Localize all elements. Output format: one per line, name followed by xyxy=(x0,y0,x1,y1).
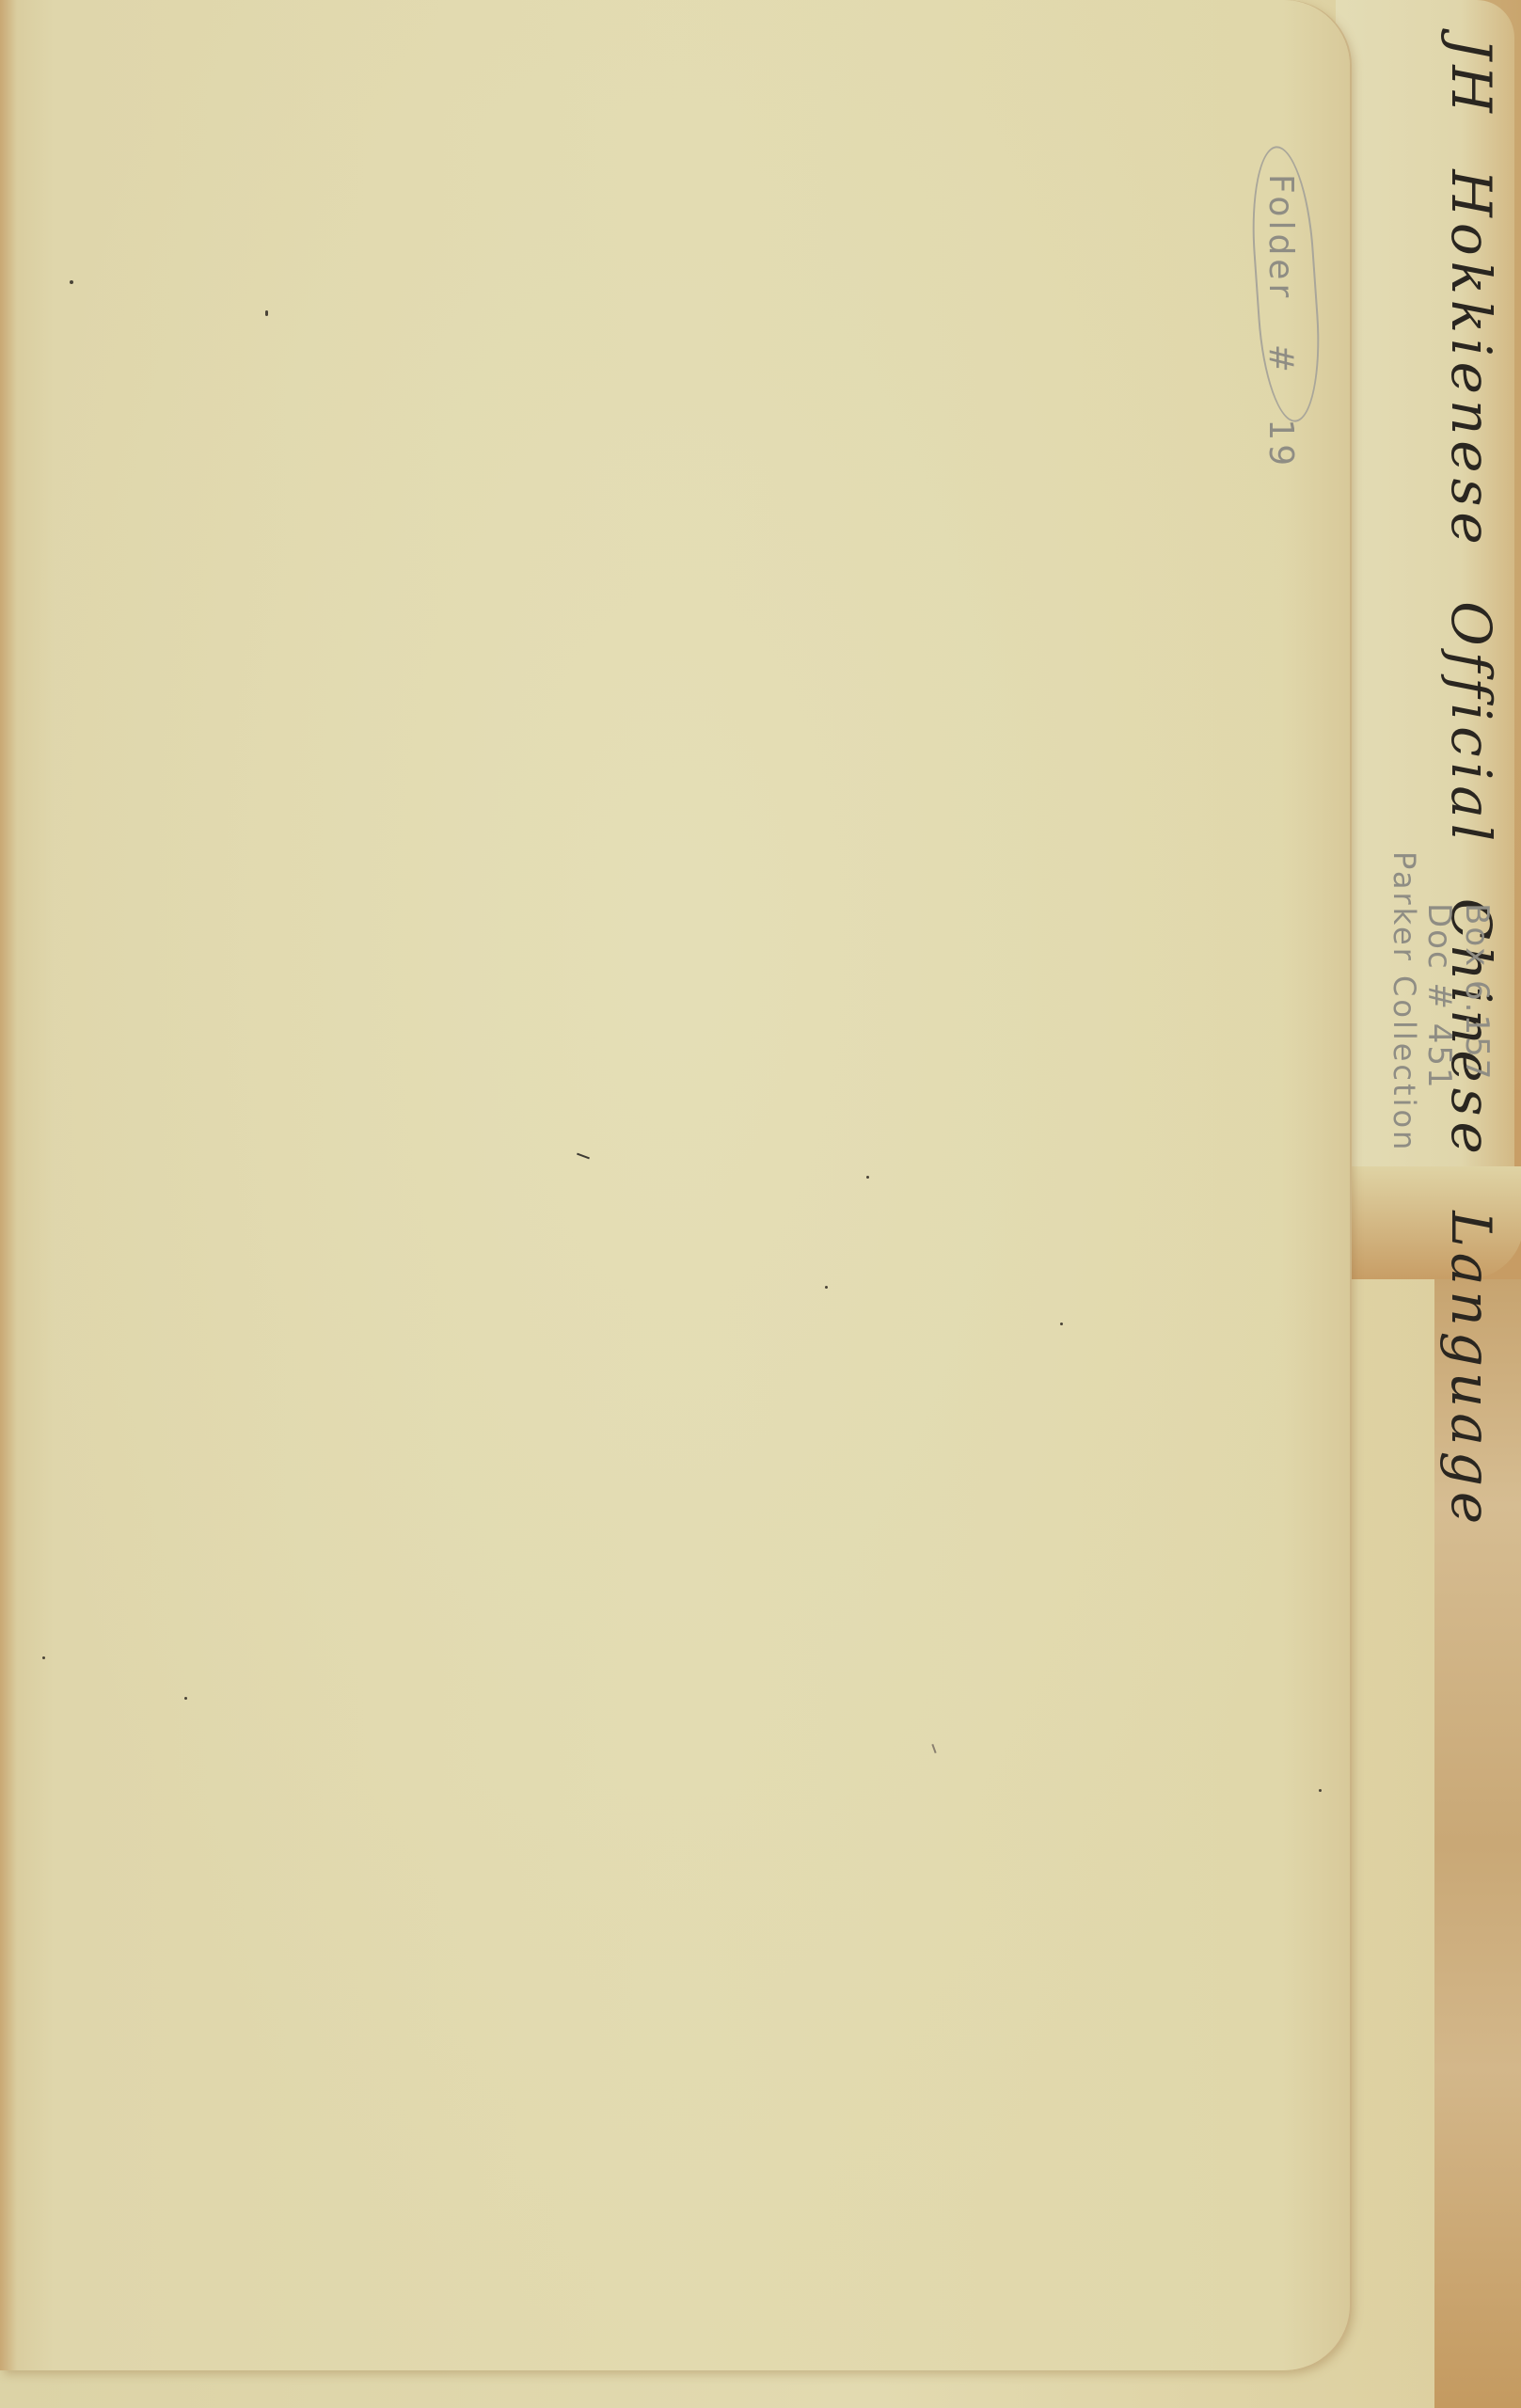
box-doc-reference: Box 6.157 Doc # 451 xyxy=(1420,903,1496,1090)
paper-speck xyxy=(42,1656,45,1659)
box-number: Box 6.157 xyxy=(1458,903,1496,1090)
paper-speck xyxy=(866,1176,869,1179)
paper-speck xyxy=(265,310,268,316)
paper-speck xyxy=(70,280,73,284)
doc-number: Doc # 451 xyxy=(1420,903,1458,1090)
paper-speck xyxy=(184,1697,187,1700)
tab-title-label: JH Hokkienese Official Chinese Language xyxy=(1439,38,1503,1529)
tab-title-text: Hokkienese Official Chinese Language xyxy=(1439,169,1503,1529)
folder-number: Folder # 19 xyxy=(1261,174,1300,469)
paper-speck xyxy=(1319,1789,1322,1792)
folder-front-panel xyxy=(0,0,1350,2370)
paper-speck xyxy=(1060,1323,1063,1325)
tab-title-prefix: JH xyxy=(1439,38,1503,119)
collection-note: Parker Collection xyxy=(1386,851,1422,1152)
paper-speck xyxy=(825,1286,828,1289)
